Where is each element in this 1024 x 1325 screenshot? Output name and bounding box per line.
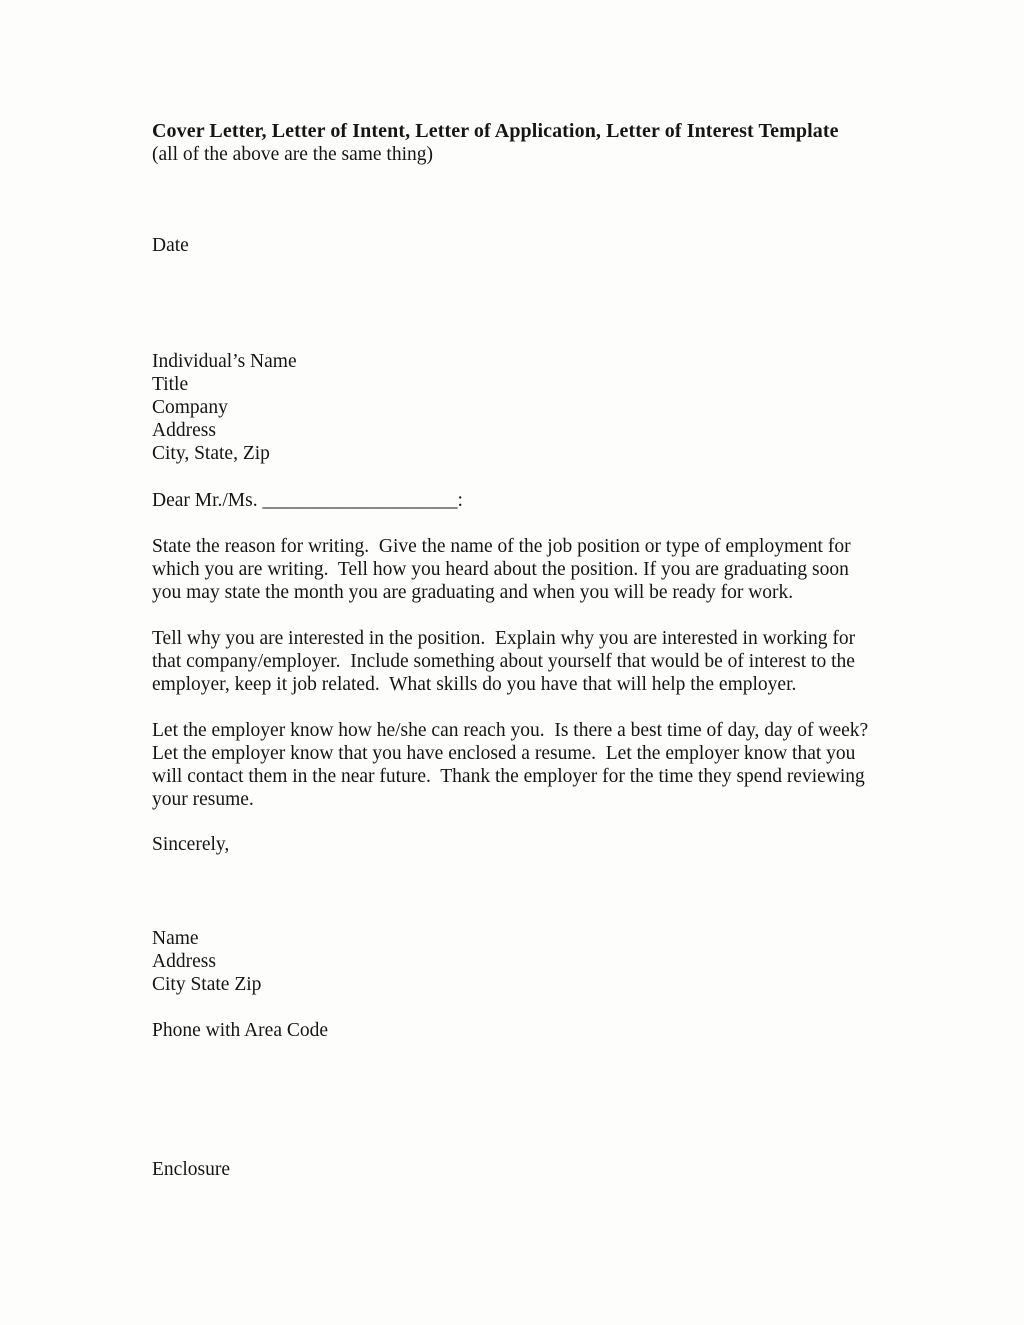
recipient-title: Title — [152, 373, 882, 396]
date-placeholder: Date — [152, 234, 882, 257]
recipient-name: Individual’s Name — [152, 350, 882, 373]
signature-block: Name Address City State Zip — [152, 927, 882, 996]
salutation: Dear Mr./Ms. ____________________: — [152, 489, 882, 512]
paragraph-why-interested: Tell why you are interested in the posit… — [152, 627, 882, 696]
letter-template-page: Cover Letter, Letter of Intent, Letter o… — [0, 0, 1024, 1325]
signature-name: Name — [152, 927, 882, 950]
recipient-address: Address — [152, 419, 882, 442]
paragraph-contact-info: Let the employer know how he/she can rea… — [152, 719, 882, 811]
closing-sincerely: Sincerely, — [152, 833, 882, 856]
recipient-city-state-zip: City, State, Zip — [152, 442, 882, 465]
signature-city-state-zip: City State Zip — [152, 973, 882, 996]
paragraph-reason-for-writing: State the reason for writing. Give the n… — [152, 535, 882, 604]
recipient-address-block: Individual’s Name Title Company Address … — [152, 350, 882, 465]
document-title: Cover Letter, Letter of Intent, Letter o… — [152, 119, 882, 143]
letter-content: Cover Letter, Letter of Intent, Letter o… — [152, 0, 882, 1181]
recipient-company: Company — [152, 396, 882, 419]
signature-address: Address — [152, 950, 882, 973]
signature-phone: Phone with Area Code — [152, 1019, 882, 1042]
enclosure-note: Enclosure — [152, 1158, 882, 1181]
document-subtitle: (all of the above are the same thing) — [152, 143, 882, 167]
